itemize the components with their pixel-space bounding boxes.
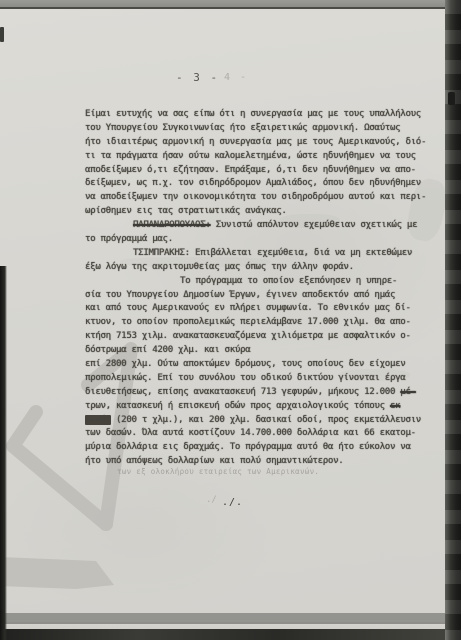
typewritten-line: να αποδείξωμεν την οικονομικότητα του σι… <box>85 192 437 206</box>
typewritten-line: έξω λόγω της ακριτομυθείας μας όπως την … <box>85 262 437 276</box>
typewritten-line: ήτο ιδιαιτέρως αρμονική η συνεργασία μας… <box>85 137 437 151</box>
bleedthrough-ghost-line: των εξ ολοκλήρου εταιρείας των Αμερικανώ… <box>117 467 319 476</box>
scan-left-edge <box>0 266 7 640</box>
struck-fragment: εκ <box>390 401 400 411</box>
typewritten-line: κτήση 7153 χιλμ. ανακατασκευαζόμενα χιλι… <box>85 331 437 345</box>
line-text: (200 τ χλμ.), και 200 χλμ. δασικαί οδοί,… <box>111 415 421 425</box>
typewritten-line: προπολεμικώς. Επί του συνόλου του οδικού… <box>85 373 437 387</box>
line-text: τρων, κατασκευή ή επισκευή οδών προς αρχ… <box>85 401 390 411</box>
typewritten-line: επί 2800 χλμ. Ούτω αποκτώμεν δρόμους, το… <box>85 359 437 373</box>
typewritten-line: τι τα πράγματα ήσαν ούτω καλομελετημένα,… <box>85 151 437 165</box>
typewritten-line: διευθετήσεως, επίσης ανακατασκευή 713 γε… <box>85 387 437 401</box>
typewritten-line: Το πρόγραμμα το οποίον εξεπόνησεν η υπηρ… <box>85 276 437 290</box>
ink-blob-right-edge <box>448 92 455 105</box>
watermark-wedge <box>0 557 114 589</box>
struck-fragment: μέ- <box>400 387 416 397</box>
typewritten-line-speaker: ΤΣΙΜΠΡΑΚΗΣ: Επιβάλλεται εχεμύθεια, διά ν… <box>85 248 437 262</box>
blacked-out-word: οδούς <box>85 415 111 425</box>
typewritten-text-block: Είμαι ευτυχής να σας είπω ότι η συνεργασ… <box>85 109 437 470</box>
paper-sheet: - 3 - 4 - Είμαι ευτυχής να σας είπω ότι … <box>0 9 447 613</box>
typewritten-line: ωρίσθημεν εις τας στρατιωτικάς ανάγκας. <box>85 206 437 220</box>
typewritten-line: κτυον, το οποίον προπολεμικώς περιελάμβα… <box>85 317 437 331</box>
typewritten-line: δόστρωμα επί 4200 χλμ. και σκύρα <box>85 345 437 359</box>
typewritten-line: το πρόγραμμά μας. <box>85 234 437 248</box>
line-text: Συνιστώ απόλυτον εχεμύθειαν σχετικώς με <box>211 220 418 230</box>
typewritten-line: τρων, κατασκευή ή επισκευή οδών προς αρχ… <box>85 401 437 415</box>
struck-speaker-name: ΠΑΠΑΝΔΡΟΠΟΥΛΟΣ: <box>133 220 211 230</box>
typewritten-line: σία του Υπουργείου Δημοσίων Έργων, έγινε… <box>85 290 437 304</box>
typewritten-line: αποδείξωμεν ό,τι εζήτησαν. Επράξαμε, ό,τ… <box>85 165 437 179</box>
typewritten-line: Είμαι ευτυχής να σας είπω ότι η συνεργασ… <box>85 109 437 123</box>
continuation-mark: ./. <box>222 497 243 508</box>
scanned-document-page: - 3 - 4 - Είμαι ευτυχής να σας είπω ότι … <box>0 0 461 640</box>
typewritten-line: δείξωμεν, ως π.χ. τον σιδηρόδρομον Αμαλι… <box>85 178 437 192</box>
typewritten-line: μύρια δολλάρια εις δραχμάς. Το πρόγραμμα… <box>85 442 437 456</box>
line-text: διευθετήσεως, επίσης ανακατασκευή 713 γε… <box>85 387 400 397</box>
typewritten-line: των δασών. Όλα αυτά κοστίζουν 14.700.000… <box>85 428 437 442</box>
scan-bottom-edge <box>0 629 461 640</box>
typewritten-line-speaker: ΠΑΠΑΝΔΡΟΠΟΥΛΟΣ: Συνιστώ απόλυτον εχεμύθε… <box>85 220 437 234</box>
typewritten-line: του Υπουργείου Συγκοινωνίας ήτο εξαιρετι… <box>85 123 437 137</box>
page-number: - 3 - <box>176 71 219 84</box>
scan-left-edge-mark <box>0 27 4 42</box>
typewritten-line: οδούς (200 τ χλμ.), και 200 χλμ. δασικαί… <box>85 415 437 429</box>
page-number-ghost: 4 - <box>224 72 248 83</box>
scanner-top-edge <box>0 0 461 9</box>
typewritten-line: και από τους Αμερικανούς εν πλήρει συμφω… <box>85 303 437 317</box>
continuation-mark-ghost: ./ <box>206 495 217 505</box>
